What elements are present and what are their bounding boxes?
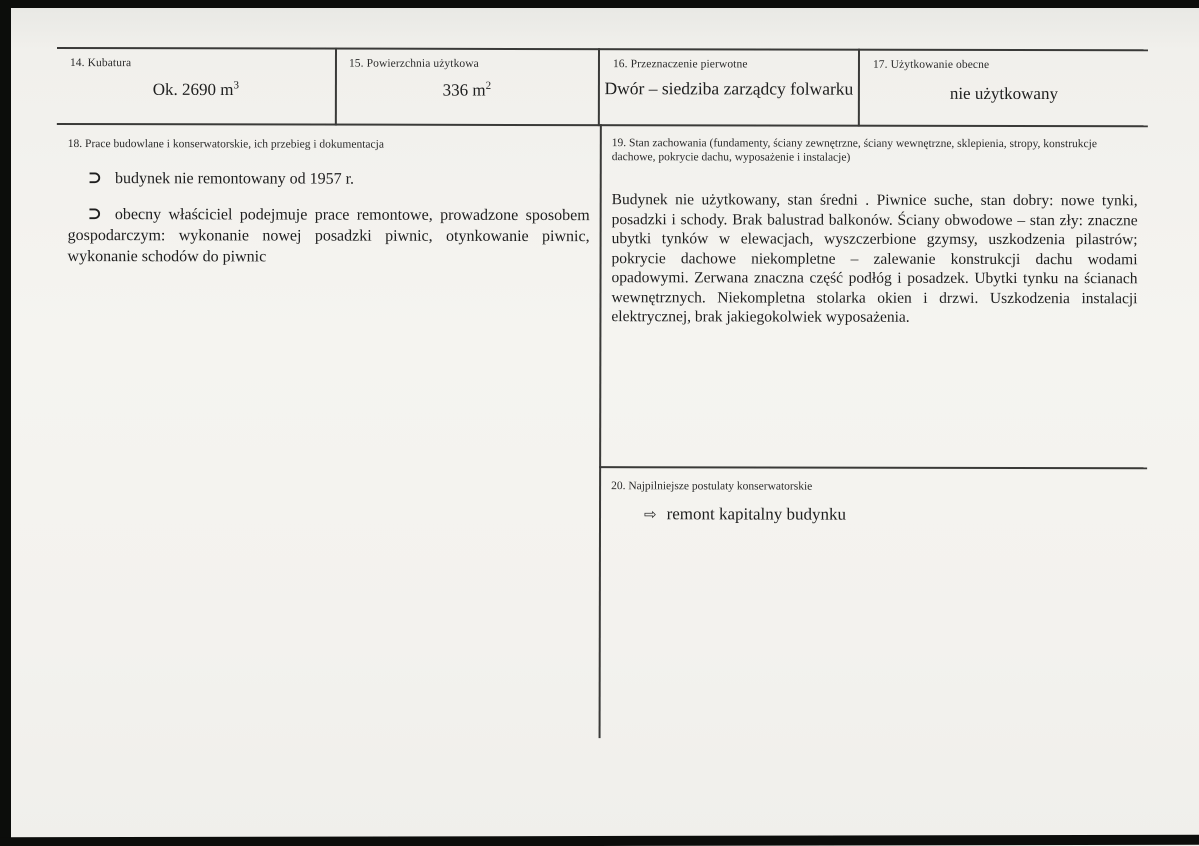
postulate-item-text: remont kapitalny budynku bbox=[667, 504, 846, 523]
section-body-text: Budynek nie użytkowany, stan średni . Pi… bbox=[611, 190, 1137, 328]
field-value: 336 m2 bbox=[337, 80, 597, 101]
bullet-item: ⊃obecny właściciel podejmuje prace remon… bbox=[68, 204, 590, 268]
table-divider-15-16 bbox=[598, 48, 600, 126]
crescent-bullet-icon: ⊃ bbox=[88, 168, 102, 188]
section-label: 19. Stan zachowania (fundamenty, ściany … bbox=[612, 136, 1138, 165]
field-label: 17. Użytkowanie obecne bbox=[861, 52, 1147, 72]
field-value: Ok. 2690 m3 bbox=[58, 79, 334, 100]
field-value: nie użytkowany bbox=[861, 84, 1147, 105]
field-label: 16. Przeznaczenie pierwotne bbox=[601, 51, 857, 71]
field-cell-przeznaczenie: 16. Przeznaczenie pierwotne Dwór – siedz… bbox=[601, 51, 857, 124]
field-cell-powierzchnia: 15. Powierzchnia użytkowa 336 m2 bbox=[337, 51, 597, 124]
section-label: 20. Najpilniejsze postulaty konserwators… bbox=[611, 479, 1137, 494]
scan-edge-bottom bbox=[0, 835, 1199, 846]
postulate-item: ⇨remont kapitalny budynku bbox=[644, 504, 1137, 525]
right-arrow-icon: ⇨ bbox=[644, 505, 657, 523]
section-postulaty: 20. Najpilniejsze postulaty konserwators… bbox=[611, 479, 1137, 525]
section-label: 18. Prace budowlane i konserwatorskie, i… bbox=[68, 137, 590, 152]
table-divider-16-17 bbox=[858, 49, 860, 127]
scan-edge-top bbox=[0, 0, 1199, 8]
field-cell-uzytkowanie: 17. Użytkowanie obecne nie użytkowany bbox=[861, 52, 1147, 125]
form-sheet: 14. Kubatura Ok. 2690 m3 15. Powierzchni… bbox=[0, 0, 1199, 846]
bullet-item: ⊃budynek nie remontowany od 1957 r. bbox=[88, 168, 590, 189]
section-stan-zachowania: 19. Stan zachowania (fundamenty, ściany … bbox=[611, 136, 1137, 328]
bullet-item-text: budynek nie remontowany od 1957 r. bbox=[115, 170, 354, 188]
crescent-bullet-icon: ⊃ bbox=[88, 204, 102, 224]
scan-edge-left bbox=[0, 0, 11, 846]
field-label: 15. Powierzchnia użytkowa bbox=[337, 51, 597, 71]
field-value: Dwór – siedziba zarządcy folwarku bbox=[601, 78, 857, 100]
field-label: 14. Kubatura bbox=[58, 50, 334, 70]
section-prace-budowlane: 18. Prace budowlane i konserwatorskie, i… bbox=[68, 137, 590, 268]
scanned-form-page: 14. Kubatura Ok. 2690 m3 15. Powierzchni… bbox=[0, 0, 1199, 846]
bullet-item-text: obecny właściciel podejmuje prace remont… bbox=[68, 206, 590, 265]
field-cell-kubatura: 14. Kubatura Ok. 2690 m3 bbox=[58, 50, 334, 123]
table-divider-columns bbox=[599, 124, 602, 738]
table-line-19-20 bbox=[599, 466, 1147, 469]
